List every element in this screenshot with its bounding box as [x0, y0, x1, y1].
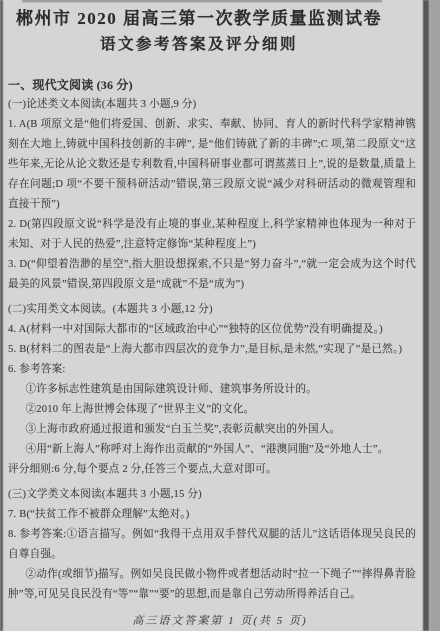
answer-item-2: 2. D(第四段原文说“科学是没有止境的事业,某种程度上,科学家精神也体现为一种… [8, 215, 416, 255]
answer-item-6-label: 6. 参考答案: [8, 360, 416, 380]
document-title: 郴州市 2020 届高三第一次教学质量监测试卷 [0, 7, 398, 31]
answer-item-6-point-1: ①许多标志性建筑是由国际建筑设计师、建筑事务所设计的。 [8, 380, 416, 400]
answer-item-6-point-3: ③上海市政府通过报道和颁发“白玉兰奖”,表彰贡献突出的外国人。 [8, 420, 416, 440]
subsection-1-heading: (一)论述类文本阅读(本题共 3 小题,9 分) [8, 95, 416, 115]
answer-item-4: 4. A(材料一中对国际大都市的“区域政治中心”“独特的区位优势”没有明确提及。… [8, 320, 416, 340]
answer-key-content: 一、现代文阅读 (36 分) (一)论述类文本阅读(本题共 3 小题,9 分) … [8, 75, 416, 605]
page-footer: 高三语文答案第 1 页(共 5 页) [0, 612, 440, 628]
subsection-3-heading: (三)文学类文本阅读(本题共 3 小题,15 分) [8, 485, 416, 505]
answer-item-6-point-4: ④用“新上海人”称呼对上海作出贡献的“外国人”、“港澳同胞”及“外地人士”。 [8, 440, 416, 460]
answer-item-7: 7. B(“扶贫工作不被群众理解”太绝对。) [8, 505, 416, 525]
subsection-2-heading: (二)实用类文本阅读。(本题共 3 小题,12 分) [8, 300, 416, 320]
section-1-heading: 一、现代文阅读 (36 分) [8, 75, 416, 95]
answer-item-3: 3. D(“仰望着浩渺的星空”,指大胆设想探索,不只是“努力奋斗”,“就一定会成… [8, 255, 416, 295]
document-subtitle: 语文参考答案及评分细则 [0, 33, 398, 56]
scanned-exam-answer-page: { "colors": { "paper": "#d6d5d3", "ink":… [0, 0, 440, 631]
page-number-label: 高三语文答案第 1 页(共 5 页) [132, 615, 307, 627]
document-header: 郴州市 2020 届高三第一次教学质量监测试卷 语文参考答案及评分细则 [0, 0, 398, 56]
document-page: 郴州市 2020 届高三第一次教学质量监测试卷 语文参考答案及评分细则 一、现代… [0, 0, 440, 631]
answer-item-1: 1. A(B 项原文是“他们将爱国、创新、求实、奉献、协同、育人的新时代科学家精… [8, 115, 416, 215]
answer-item-8-point-1: 8. 参考答案:①语言描写。例如“我得干点用双手替代双腿的活儿”这话语体现吴良民… [8, 525, 416, 565]
answer-item-6-point-2: ②2010 年上海世博会体现了“世界主义”的文化。 [8, 400, 416, 420]
answer-item-8-point-2: ②动作(或细节)描写。例如吴良民做小物件或者想活动时“拉一下绳子”“摔得鼻青脸肿… [8, 565, 416, 605]
answer-item-5: 5. B(材料二的图表是“上海大都市四层次的竞争力”,是目标,是未然,“实现了”… [8, 340, 416, 360]
answer-item-6-scoring-rule: 评分细则:6 分,每个要点 2 分,任答三个要点,大意对即可。 [8, 460, 416, 480]
